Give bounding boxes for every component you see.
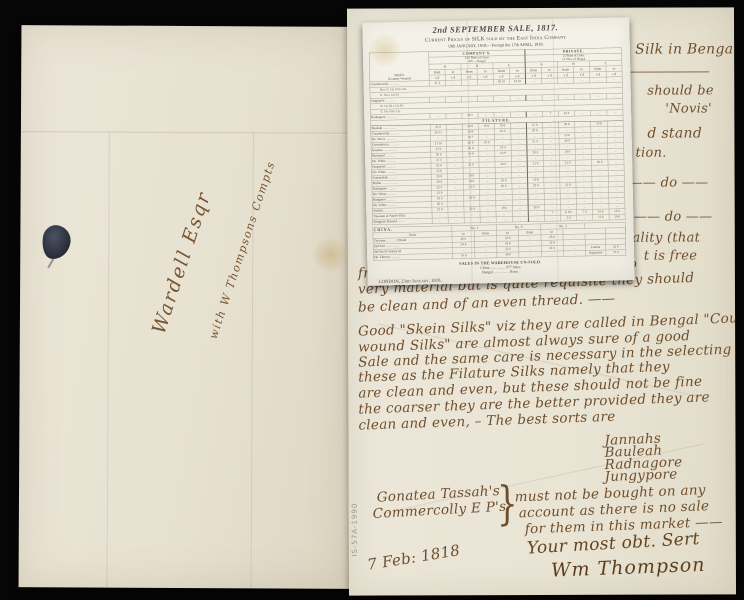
price-cell: 31 6 <box>453 253 475 259</box>
silk-price-table: SKEIN. (Country Wound) COMPANY'S. PRIVAT… <box>369 47 626 225</box>
price-cell: .. <box>480 217 496 223</box>
letter-line-fragment: tion. <box>635 146 666 161</box>
price-cell: .. <box>512 216 528 222</box>
row-label: Rangpore Bassard …… <box>373 218 432 225</box>
price-cell: 27 0 <box>606 250 626 256</box>
address-panel: Wardell Esqr with W Thompsons Compts <box>148 141 278 352</box>
letter-ditto-mark: —— do —— <box>630 175 709 190</box>
skein-header-cell: SKEIN. (Country Wound) <box>369 52 429 82</box>
price-cell: 5 3 <box>561 215 577 221</box>
seal-stain <box>312 239 348 271</box>
price-cell: .. <box>464 217 480 223</box>
price-cell: .. <box>563 251 585 257</box>
price-cell: .. <box>541 251 563 257</box>
china-table-body: Taysaam ……… 2 Bund26 0..24 6..23 0..2nd … <box>373 233 626 260</box>
price-table-body: Commercolly ………21 3......20 1019 10.....… <box>370 77 625 225</box>
letter-line-fragment: should be <box>647 83 714 98</box>
row-label: Do. Thrown ……… <box>373 253 452 260</box>
letter-date: 7 Feb: 1818 <box>366 541 461 574</box>
companys-bengal-line: 240 — Bengal <box>468 60 486 63</box>
price-cell: 20 6 <box>609 214 625 220</box>
price-list-content: 2nd SEPTEMBER SALE, 1817. Current Prices… <box>368 21 627 284</box>
price-list-sheet: 2nd SEPTEMBER SALE, 1817. Current Prices… <box>362 17 634 286</box>
price-cell: .. <box>577 215 593 221</box>
price-cell: .. <box>432 218 448 224</box>
price-cell: Organzine <box>586 250 606 256</box>
china-price-table: CHINA. No. 1 No. 2 No. 3 fromtofromtofro… <box>373 222 627 261</box>
best-sort-item: Jungypore <box>604 466 678 485</box>
price-cell: .. <box>528 216 544 222</box>
private-bengal-line: 137 Bos. of Bengal <box>562 57 585 60</box>
price-cell: .. <box>475 252 497 258</box>
photo-backdrop: Wardell Esqr with W Thompsons Compts IS-… <box>0 0 744 600</box>
price-cell: .. <box>519 251 541 257</box>
catalog-number: IS-57A-1990 <box>351 503 359 557</box>
fold-crease-vertical <box>107 132 111 588</box>
letter-heading-fragment: – Silk in Bengal <box>623 41 736 57</box>
letter-line-fragment: d stand <box>647 125 702 141</box>
price-cell: .. <box>496 217 512 223</box>
letter-line-fragment: 'Novis' <box>665 101 712 116</box>
price-cell: 30 0 <box>497 252 519 258</box>
price-cell: .. <box>545 216 561 222</box>
letter-line-fragment: t is free <box>644 248 697 263</box>
price-cell: 12 6 <box>593 215 609 221</box>
signature: Wm Thompson <box>551 554 706 582</box>
country-wound-label: (Country Wound) <box>388 77 411 81</box>
wax-seal <box>40 223 73 261</box>
fold-crease-horizontal <box>21 131 353 135</box>
price-cell: .. <box>448 218 464 224</box>
letter-line-fragment: uality (that <box>624 230 700 245</box>
folded-letter-address-leaf: Wardell Esqr with W Thompsons Compts <box>19 25 354 589</box>
letter-ditto-mark: —— do —— <box>634 209 713 224</box>
